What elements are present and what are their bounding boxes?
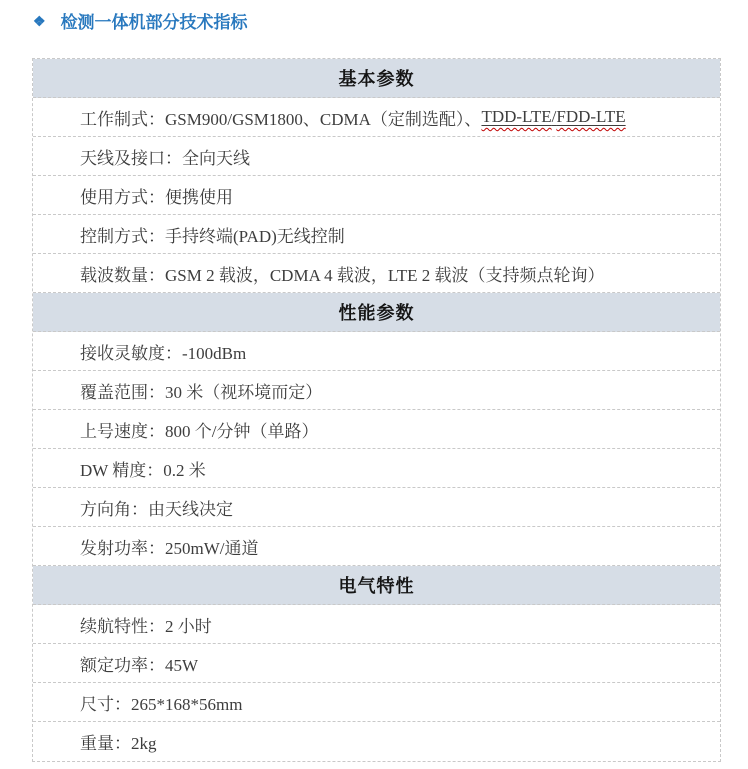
table-row-capture-speed: 上号速度：800 个/分钟（单路）: [33, 410, 720, 449]
section-header-electrical: 电气特性: [33, 566, 720, 605]
table-row-rated-power: 额定功率：45W: [33, 644, 720, 683]
table-row-usage-mode: 使用方式：便携使用: [33, 176, 720, 215]
table-row-coverage: 覆盖范围：30 米（视环境而定）: [33, 371, 720, 410]
table-row-tx-power: 发射功率：250mW/通道: [33, 527, 720, 566]
spellcheck-squiggle-fdd-lte: FDD-LTE: [556, 107, 625, 126]
table-row-battery-life: 续航特性：2 小时: [33, 605, 720, 644]
spec-table: 基本参数 工作制式：GSM900/GSM1800、CDMA（定制选配）、TDD-…: [32, 58, 721, 762]
table-row-work-mode: 工作制式：GSM900/GSM1800、CDMA（定制选配）、TDD-LTE/F…: [33, 98, 720, 137]
row-text-prefix: 工作制式：GSM900/GSM1800、CDMA（定制选配）、: [80, 105, 481, 130]
table-row-weight: 重量：2kg: [33, 722, 720, 761]
spellcheck-squiggle-tdd-lte: TDD-LTE: [481, 107, 551, 126]
table-row-dw-accuracy: DW 精度：0.2 米: [33, 449, 720, 488]
table-row-control-mode: 控制方式：手持终端(PAD)无线控制: [33, 215, 720, 254]
page-title: ❖ 检测一体机部分技术指标: [33, 8, 248, 33]
table-row-antenna-interface: 天线及接口：全向天线: [33, 137, 720, 176]
table-row-carrier-count: 载波数量：GSM 2 载波，CDMA 4 载波，LTE 2 载波（支持频点轮询）: [33, 254, 720, 293]
section-header-basic-params: 基本参数: [33, 59, 720, 98]
page-title-text: 检测一体机部分技术指标: [61, 8, 248, 33]
table-row-rx-sensitivity: 接收灵敏度：-100dBm: [33, 332, 720, 371]
diamond-bullet-icon: ❖: [33, 14, 46, 28]
section-header-performance-params: 性能参数: [33, 293, 720, 332]
table-row-dimensions: 尺寸：265*168*56mm: [33, 683, 720, 722]
table-row-direction-angle: 方向角：由天线决定: [33, 488, 720, 527]
underlined-lte-group: TDD-LTE/FDD-LTE: [481, 107, 625, 127]
